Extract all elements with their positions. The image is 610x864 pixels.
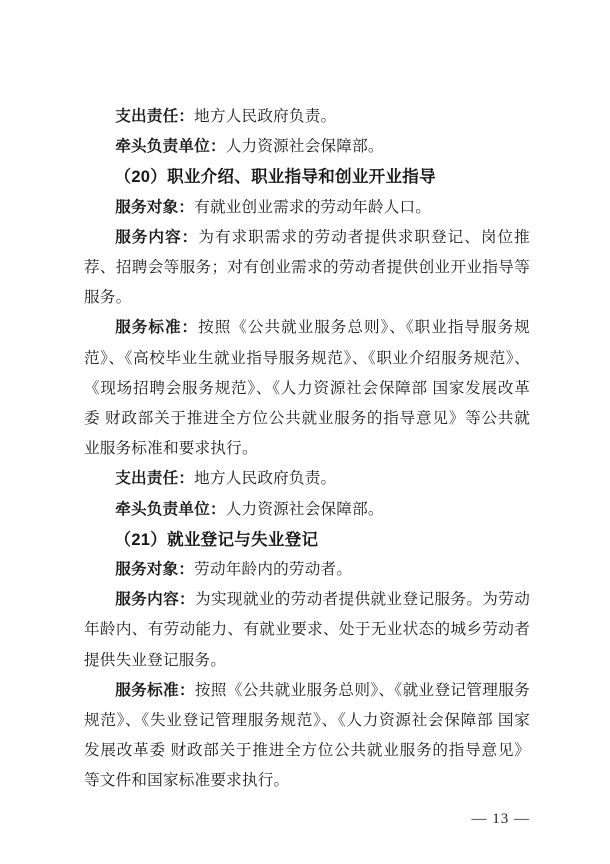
heading-item-20: （20）职业介绍、职业指导和创业开业指导 [84,162,530,192]
paragraph-label: 服务对象： [115,199,194,216]
para-expenditure-responsibility-20: 支出责任：地方人民政府负责。 [84,464,530,494]
paragraph-label: 支出责任： [115,470,194,487]
paragraph-label: 服务标准： [115,319,198,336]
paragraph-label: 牵头负责单位： [115,138,226,155]
document-body: 支出责任：地方人民政府负责。 牵头负责单位：人力资源社会保障部。 （20）职业介… [84,102,530,831]
paragraph-label: 牵头负责单位： [115,501,226,518]
paragraph-text: 有就业创业需求的劳动年龄人口。 [194,199,431,216]
page-number: — 13 — [84,807,530,831]
paragraph-text: 人力资源社会保障部。 [226,138,384,155]
paragraph-text: 地方人民政府负责。 [194,108,336,125]
paragraph-label: 服务内容： [115,591,195,608]
para-service-target-20: 服务对象：有就业创业需求的劳动年龄人口。 [84,193,530,223]
paragraph-text: 人力资源社会保障部。 [226,501,384,518]
para-service-target-21: 服务对象：劳动年龄内的劳动者。 [84,555,530,585]
paragraph-label: 服务对象： [115,561,194,578]
para-lead-unit-20: 牵头负责单位：人力资源社会保障部。 [84,495,530,525]
document-page: 支出责任：地方人民政府负责。 牵头负责单位：人力资源社会保障部。 （20）职业介… [0,0,610,864]
paragraph-label: 支出责任： [115,108,194,125]
para-expenditure-responsibility-pre: 支出责任：地方人民政府负责。 [84,102,530,132]
heading-item-21: （21）就业登记与失业登记 [84,525,530,555]
para-lead-unit-pre: 牵头负责单位：人力资源社会保障部。 [84,132,530,162]
paragraph-text: 劳动年龄内的劳动者。 [194,561,352,578]
paragraph-label: 服务标准： [115,682,195,699]
para-service-standard-20: 服务标准：按照《公共就业服务总则》、《职业指导服务规范》、《高校毕业生就业指导服… [84,313,530,464]
para-service-standard-21: 服务标准：按照《公共就业服务总则》、《就业登记管理服务规范》、《失业登记管理服务… [84,676,530,797]
paragraph-text: 按照《公共就业服务总则》、《职业指导服务规范》、《高校毕业生就业指导服务规范》、… [84,319,530,457]
para-service-content-21: 服务内容：为实现就业的劳动者提供就业登记服务。为劳动年龄内、有劳动能力、有就业要… [84,585,530,676]
paragraph-label: 服务内容： [115,229,198,246]
para-service-content-20: 服务内容：为有求职需求的劳动者提供求职登记、岗位推荐、招聘会等服务；对有创业需求… [84,223,530,314]
paragraph-text: 地方人民政府负责。 [194,470,336,487]
